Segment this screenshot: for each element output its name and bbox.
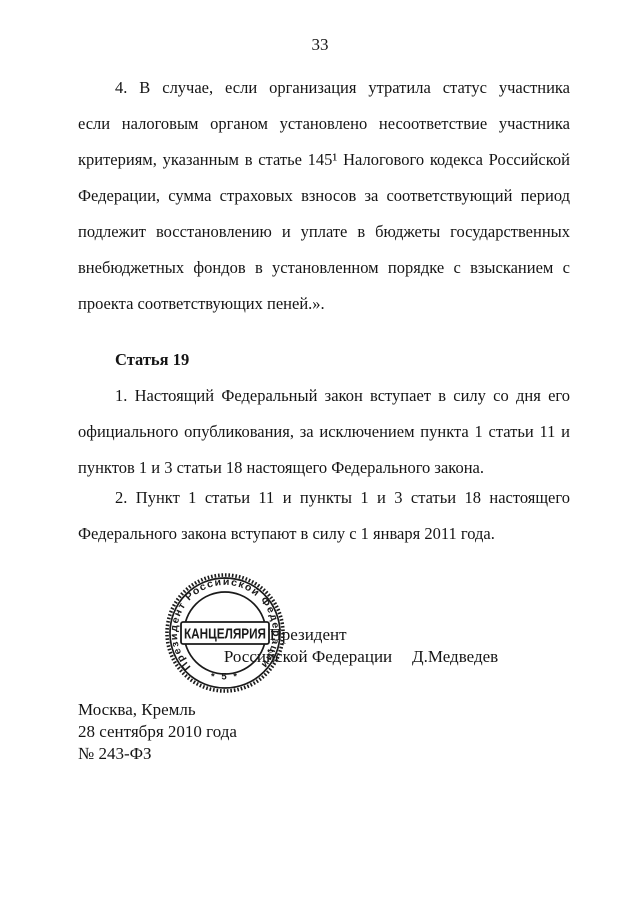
text-line: если налоговым органом установлено несоо… bbox=[78, 106, 570, 142]
text-line: внебюджетных фондов в установленном поря… bbox=[78, 250, 570, 286]
paragraph-article19-1: 1. Настоящий Федеральный закон вступает … bbox=[78, 378, 570, 486]
footer-date: 28 сентября 2010 года bbox=[78, 721, 237, 743]
text-line: Федерации, сумма страховых взносов за со… bbox=[78, 178, 570, 214]
article-heading: Статья 19 bbox=[78, 342, 570, 378]
footer-law-number: № 243-ФЗ bbox=[78, 743, 237, 765]
stamp-center-label: КАНЦЕЛЯРИЯ bbox=[184, 627, 266, 643]
text-line: 2. Пункт 1 статьи 11 и пункты 1 и 3 стат… bbox=[78, 480, 570, 516]
page-number: 33 bbox=[0, 34, 640, 56]
footer-place: Москва, Кремль bbox=[78, 699, 237, 721]
text-line: подлежит восстановлению и уплате в бюдже… bbox=[78, 214, 570, 250]
text-line: проекта соответствующих пеней.». bbox=[78, 286, 570, 322]
text-line: Федерального закона вступают в силу с 1 … bbox=[78, 516, 570, 552]
text-line: официального опубликования, за исключени… bbox=[78, 414, 570, 450]
text-line: 1. Настоящий Федеральный закон вступает … bbox=[78, 378, 570, 414]
stamp-bottom-mark: * 5 * bbox=[211, 672, 239, 683]
signature-name: Д.Медведев bbox=[412, 646, 498, 668]
document-page: 33 4. В случае, если организация утратил… bbox=[0, 0, 640, 905]
footer-block: Москва, Кремль 28 сентября 2010 года № 2… bbox=[78, 699, 237, 765]
text-line: 4. В случае, если организация утратила с… bbox=[78, 70, 570, 106]
chancellery-stamp-icon: КАНЦЕЛЯРИЯ Президент Российской Федераци… bbox=[164, 572, 286, 694]
paragraph-4: 4. В случае, если организация утратила с… bbox=[78, 70, 570, 322]
text-line: критериям, указанным в статье 145¹ Налог… bbox=[78, 142, 570, 178]
paragraph-article19-2: 2. Пункт 1 статьи 11 и пункты 1 и 3 стат… bbox=[78, 480, 570, 552]
